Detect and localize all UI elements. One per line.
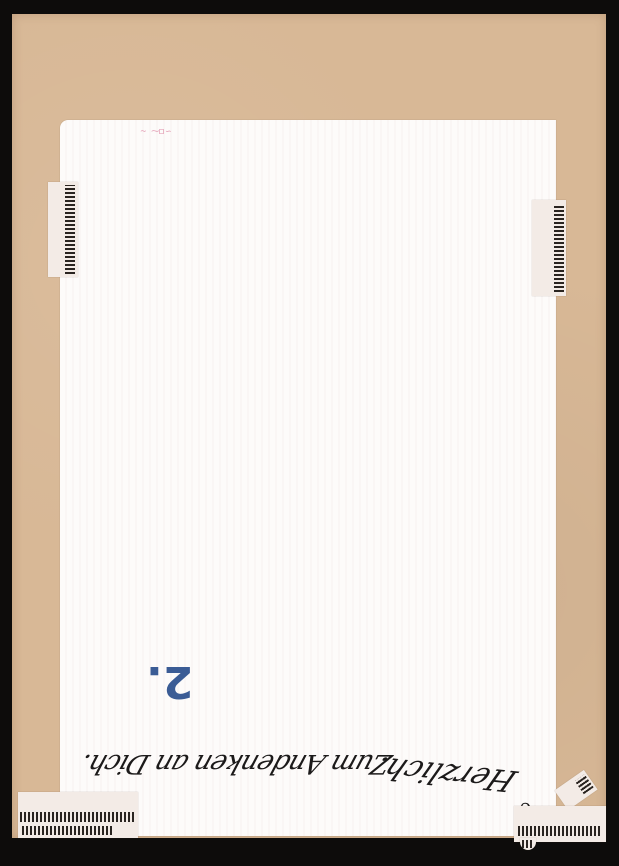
stamp-hinge-bottom-right — [514, 806, 606, 842]
handwritten-inscription-left: Zum Andenken an Dich. — [77, 748, 396, 779]
perforation-icon — [522, 840, 534, 848]
pink-stamp-mark: ~ ⁓ﾟ∽ — [140, 128, 200, 134]
perforation-icon — [65, 185, 75, 274]
stamp-hinge-bottom-left — [18, 792, 138, 838]
perforation-icon — [20, 812, 136, 822]
blue-pencil-mark: 2. — [146, 656, 193, 707]
perforation-icon — [518, 826, 602, 836]
stamp-hinge-left — [48, 182, 78, 277]
stamp-hinge-tab — [520, 838, 536, 850]
stamp-hinge-right — [532, 200, 566, 296]
perforation-icon — [22, 826, 112, 835]
paper-sheet — [60, 120, 556, 836]
perforation-icon — [554, 204, 564, 292]
